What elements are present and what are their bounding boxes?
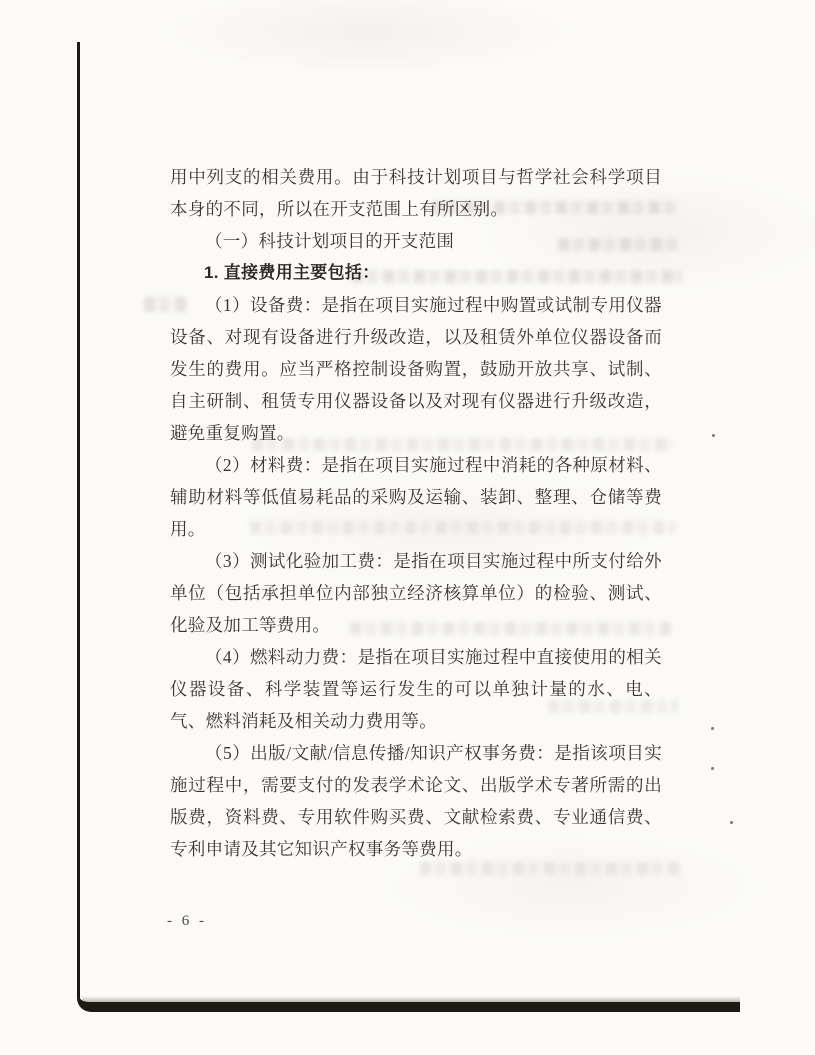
paragraph-continuation: 用中列支的相关费用。由于科技计划项目与哲学社会科学项目本身的不同，所以在开支范围… [170, 161, 662, 225]
document-body: 用中列支的相关费用。由于科技计划项目与哲学社会科学项目本身的不同，所以在开支范围… [170, 161, 662, 865]
dust-speck [711, 767, 714, 770]
item-4-fuel-power-fee: （4）燃料动力费：是指在项目实施过程中直接使用的相关仪器设备、科学装置等运行发生… [170, 641, 662, 737]
item-5-publication-ip-fee: （5）出版/文献/信息传播/知识产权事务费：是指该项目实施过程中，需要支付的发表… [170, 737, 662, 865]
item-3-testing-processing-fee: （3）测试化验加工费：是指在项目实施过程中所支付给外单位（包括承担单位内部独立经… [170, 545, 662, 641]
subheading-direct-costs: 1. 直接费用主要包括： [170, 257, 662, 289]
section-heading-scope: （一）科技计划项目的开支范围 [170, 225, 662, 257]
dust-speck [712, 434, 715, 437]
item-1-equipment-fee: （1）设备费：是指在项目实施过程中购置或试制专用仪器设备、对现有设备进行升级改造… [170, 289, 662, 449]
dust-speck [730, 821, 733, 824]
dust-speck [711, 727, 714, 730]
scanned-document-page: 用中列支的相关费用。由于科技计划项目与哲学社会科学项目本身的不同，所以在开支范围… [0, 0, 815, 1055]
page-number: - 6 - [167, 913, 207, 930]
item-2-materials-fee: （2）材料费：是指在项目实施过程中消耗的各种原材料、辅助材料等低值易耗品的采购及… [170, 449, 662, 545]
